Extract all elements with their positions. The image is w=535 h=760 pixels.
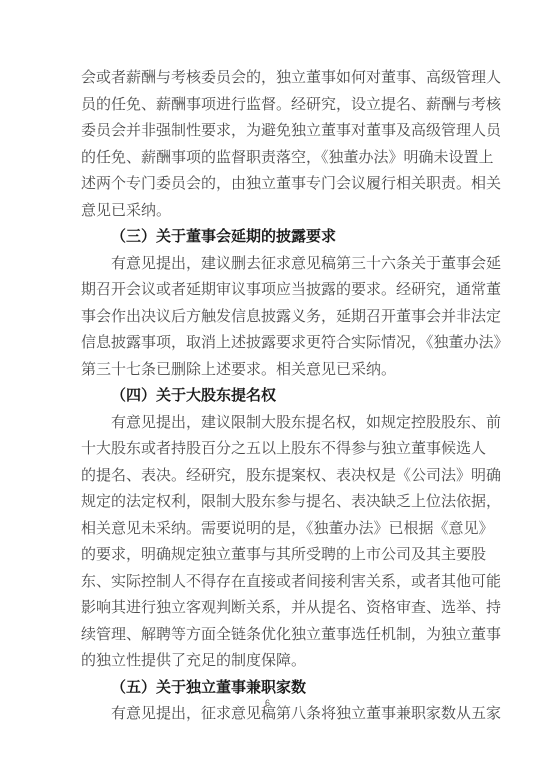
body-line: 员的任免、薪酬事项进行监督。经研究，设立提名、薪酬与考核	[81, 91, 454, 118]
body-line: 的要求，明确规定独立董事与其所受聘的上市公司及其主要股	[81, 541, 454, 568]
body-line: 委员会并非强制性要求，为避免独立董事对董事及高级管理人员	[81, 117, 454, 144]
body-line: 十大股东或者持股百分之五以上股东不得参与独立董事候选人	[81, 435, 454, 462]
page-number: 6	[0, 698, 535, 708]
body-line: 的提名、表决。经研究，股东提案权、表决权是《公司法》明确	[81, 462, 454, 489]
section-heading-5: （五）关于独立董事兼职家数	[81, 674, 454, 701]
body-line: 的独立性提供了充足的制度保障。	[81, 647, 454, 674]
body-line: 的任免、薪酬事项的监督职责落空，《独董办法》明确未设置上	[81, 144, 454, 171]
document-page: 会或者薪酬与考核委员会的，独立董事如何对董事、高级管理人 员的任免、薪酬事项进行…	[0, 0, 535, 760]
body-line: 有意见提出，建议限制大股东提名权，如规定控股股东、前	[81, 409, 454, 436]
body-line: 有意见提出，建议删去征求意见稿第三十六条关于董事会延	[81, 250, 454, 277]
body-line: 会或者薪酬与考核委员会的，独立董事如何对董事、高级管理人	[81, 64, 454, 91]
document-body: 会或者薪酬与考核委员会的，独立董事如何对董事、高级管理人 员的任免、薪酬事项进行…	[81, 64, 454, 727]
body-line: 东、实际控制人不得存在直接或者间接利害关系，或者其他可能	[81, 568, 454, 595]
body-line: 信息披露事项，取消上述披露要求更符合实际情况，《独董办法》	[81, 329, 454, 356]
body-line: 事会作出决议后方触发信息披露义务，延期召开董事会并非法定	[81, 303, 454, 330]
section-heading-3: （三）关于董事会延期的披露要求	[81, 223, 454, 250]
body-line: 影响其进行独立客观判断关系，并从提名、资格审查、选举、持	[81, 594, 454, 621]
body-line: 述两个专门委员会的，由独立董事专门会议履行相关职责。相关	[81, 170, 454, 197]
body-line: 意见已采纳。	[81, 197, 454, 224]
body-line: 相关意见未采纳。需要说明的是，《独董办法》已根据《意见》	[81, 515, 454, 542]
section-heading-4: （四）关于大股东提名权	[81, 382, 454, 409]
body-line: 续管理、解聘等方面全链条优化独立董事选任机制，为独立董事	[81, 621, 454, 648]
body-line: 第三十七条已删除上述要求。相关意见已采纳。	[81, 356, 454, 383]
body-line: 规定的法定权利，限制大股东参与提名、表决缺乏上位法依据，	[81, 488, 454, 515]
body-line: 期召开会议或者延期审议事项应当披露的要求。经研究，通常董	[81, 276, 454, 303]
